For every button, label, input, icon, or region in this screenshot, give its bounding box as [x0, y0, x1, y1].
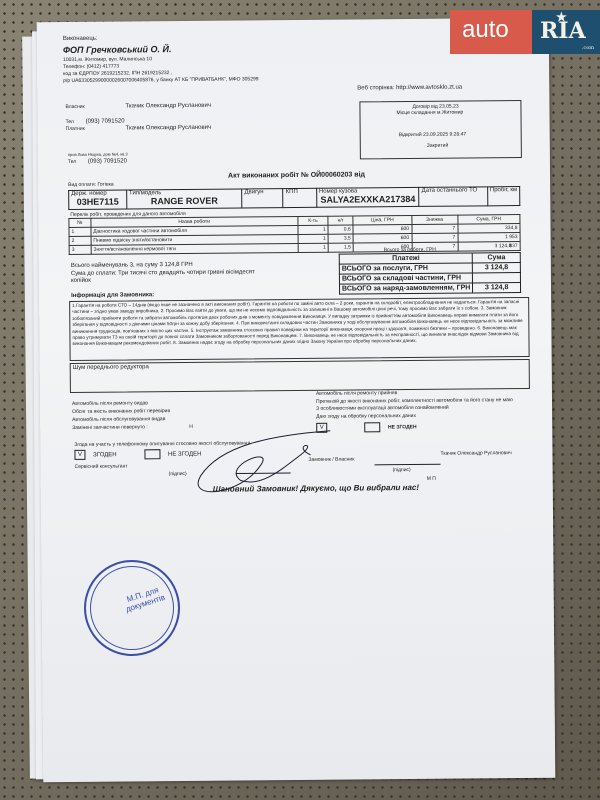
executor-codes: код за ЄДРПОУ 2619215232, ІПН 2619215232… — [63, 70, 172, 77]
owner-phone-label: Тел — [66, 119, 74, 125]
contract-closed: Закритий — [427, 143, 449, 149]
customer-name: Ткачик Олександр Русланович — [440, 450, 511, 457]
executor-address: 10031,м. Житомир, вул. Малинська 10 — [63, 56, 152, 63]
watermark-ria: ★ RIA .com — [532, 10, 600, 54]
summary-count: Всього найменувань 3, на суму 3 124,8 ГР… — [71, 262, 193, 269]
works-cell-qty: 1 — [298, 243, 328, 252]
contract-box: Договір від 23.05.23 Місце складання м.Ж… — [359, 100, 522, 159]
payer-address: пров.Льва Ніщука, дом №4, кв.3 — [68, 151, 128, 157]
remarks-box: Шум переднього редуктора — [70, 359, 530, 393]
payer-name: Ткачик Олександр Русланович — [126, 125, 212, 132]
payment-row: ВСЬОГО за наряд-замовленням, ГРН3 124,8 — [339, 283, 520, 295]
website: Веб сторінка: http://www.avtosklo.zt.ua — [357, 85, 462, 92]
executor-phone: Телефон: (0412) 417773 — [63, 64, 119, 70]
summary-amount-words-end: копійок — [71, 278, 91, 284]
engine-cell: Двигун — [242, 189, 283, 208]
gearbox-cell: КПП — [283, 188, 316, 207]
payment-type: Вид оплати: Готівка — [68, 182, 114, 188]
info-title: Інформація для Замовника: — [71, 292, 154, 299]
works-cell-hours: 3,5 — [328, 234, 353, 243]
owner-name: Ткачик Олександр Русланович — [125, 103, 211, 110]
service-consultant-label: Сервісний консультант — [75, 463, 128, 469]
model-cell: Тип/модельRANGE ROVER — [127, 189, 243, 209]
info-box: 1.Гарантія на роботи СТО – 14днів (якщо … — [69, 297, 530, 361]
works-cell-n: 3 — [69, 245, 91, 254]
info-text: 1.Гарантія на роботи СТО – 14днів (якщо … — [70, 298, 528, 349]
payment-label: ВСЬОГО за наряд-замовленням, ГРН — [339, 283, 472, 294]
company-stamp: М.П. для документів — [84, 560, 180, 656]
works-cell-qty: 1 — [298, 225, 328, 234]
works-header-cell: К-ть — [298, 216, 328, 225]
works-header-cell: н/г — [328, 216, 353, 225]
service-act-document: Виконавець: ФОП Гречковський О. Й. 10031… — [37, 18, 556, 782]
signature-scribble — [180, 424, 361, 506]
payment-value — [473, 273, 521, 283]
works-table: №Назва роботиК-тьн/гЦіна, ГРНЗнижкаСума,… — [68, 214, 520, 255]
executor-label: Виконавець: — [63, 36, 98, 42]
plate-value: 03НЕ7115 — [71, 196, 124, 206]
model-value: RANGE ROVER — [129, 195, 240, 206]
payment-value: 3 124,8 — [473, 283, 521, 293]
vin-cell: Номер кузоваSALYA2EXXKA217384 — [316, 187, 419, 207]
works-cell-n: 2 — [69, 236, 91, 245]
owner-label: Власник — [65, 104, 84, 110]
summary-amount-words: Сума до сплати: Три тисячі сто двадцять … — [71, 269, 255, 277]
works-header-cell: Знижка — [411, 215, 457, 224]
works-cell-name: Зняття/встановлення кермової тяги — [91, 243, 298, 254]
vehicle-table: Держ. номер03НЕ7115 Тип/модельRANGE ROVE… — [68, 186, 520, 210]
owner-phone: (093) 7091520 — [86, 118, 125, 124]
mileage-cell: Пробіг, км — [487, 187, 519, 206]
act-title: Акт виконаних робіт № ОЙ00060203 від — [228, 171, 365, 179]
works-total: 3 124,8 — [495, 243, 512, 249]
works-cell-n: 1 — [69, 227, 91, 236]
executor-name: ФОП Гречковський О. Й. — [63, 44, 172, 55]
works-header-cell: № — [69, 218, 91, 227]
works-cell-hours: 0,6 — [328, 225, 353, 234]
plate-cell: Держ. номер03НЕ7115 — [69, 190, 127, 210]
customer-signature-line — [375, 464, 441, 466]
remarks-text: Шум переднього редуктора — [73, 364, 149, 371]
survey-agree-checkbox[interactable]: V — [74, 450, 85, 460]
works-cell-discount: 7 — [412, 233, 458, 242]
star-icon: ★ — [556, 10, 567, 24]
watermark-auto: auto — [450, 10, 532, 54]
payer-label: Платник — [66, 126, 85, 132]
contract-place: Місце складання м.Житомир — [396, 110, 463, 117]
works-cell-qty: 1 — [298, 234, 328, 243]
executor-bank: р/р UA633052990000026007006405876, у бан… — [63, 76, 258, 84]
vin-value: SALYA2EXXKA217384 — [319, 194, 417, 205]
works-cell-hours: 1,5 — [328, 243, 353, 252]
personal-data-decline-checkbox[interactable] — [365, 422, 381, 432]
mp-label: М П — [427, 476, 436, 482]
payer-phone-label: Тел — [68, 159, 76, 165]
survey-decline-checkbox[interactable] — [144, 449, 160, 459]
last-service-cell: Дата останнього ТО — [419, 187, 487, 207]
autoria-watermark: auto ★ RIA .com — [450, 10, 600, 54]
works-cell-discount: 7 — [411, 224, 457, 233]
contract-opened: Відкритий 23.09.2025 9:26:47 — [399, 132, 467, 139]
payment-value: 3 124,8 — [473, 263, 521, 273]
release-block: Автомобіль після ремонту видав Обсяг та … — [72, 399, 193, 432]
payer-phone: (093) 7091520 — [88, 158, 127, 164]
customer-signature-label: (підпис) — [393, 467, 411, 473]
payments-table: ПлатежіСума ВСЬОГО за послуги, ГРН3 124,… — [339, 252, 521, 295]
